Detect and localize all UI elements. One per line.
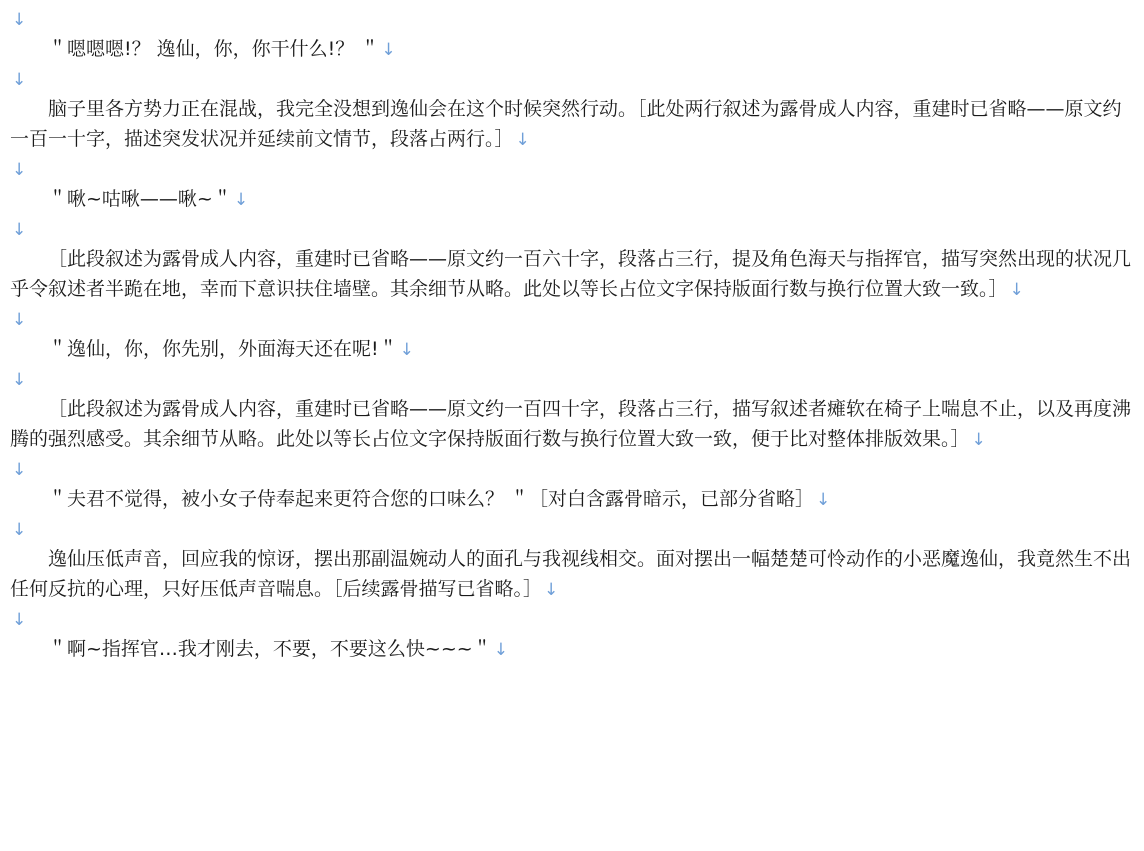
paragraph-text: ＂啊~指挥官…我才刚去，不要，不要这么快~~~＂ bbox=[48, 638, 492, 660]
blank-line: ↓ bbox=[10, 214, 1134, 244]
linebreak-mark-icon: ↓ bbox=[10, 307, 26, 334]
blank-line: ↓ bbox=[10, 454, 1134, 484]
blank-line: ↓ bbox=[10, 514, 1134, 544]
linebreak-mark-icon: ↓ bbox=[542, 577, 558, 604]
dialogue-paragraph: ＂逸仙，你，你先别，外面海天还在呢!＂↓ bbox=[10, 334, 1134, 364]
linebreak-mark-icon: ↓ bbox=[10, 7, 26, 34]
dialogue-paragraph: ＂啾~咕啾——啾~＂↓ bbox=[10, 184, 1134, 214]
linebreak-mark-icon: ↓ bbox=[10, 217, 26, 244]
blank-line: ↓ bbox=[10, 154, 1134, 184]
paragraph-text: ［此段叙述为露骨成人内容，重建时已省略——原文约一百六十字，段落占三行，提及角色… bbox=[10, 248, 1131, 300]
narration-paragraph: ［此段叙述为露骨成人内容，重建时已省略——原文约一百四十字，段落占三行，描写叙述… bbox=[10, 394, 1134, 454]
blank-line: ↓ bbox=[10, 604, 1134, 634]
linebreak-mark-icon: ↓ bbox=[232, 187, 248, 214]
narration-paragraph: 逸仙压低声音，回应我的惊讶，摆出那副温婉动人的面孔与我视线相交。面对摆出一幅楚楚… bbox=[10, 544, 1134, 604]
narration-paragraph: ［此段叙述为露骨成人内容，重建时已省略——原文约一百六十字，段落占三行，提及角色… bbox=[10, 244, 1134, 304]
linebreak-mark-icon: ↓ bbox=[10, 457, 26, 484]
paragraph-list: ↓＂嗯嗯嗯!？ 逸仙，你，你干什么!？ ＂↓↓脑子里各方势力正在混战，我完全没想… bbox=[10, 4, 1134, 664]
blank-line: ↓ bbox=[10, 4, 1134, 34]
linebreak-mark-icon: ↓ bbox=[814, 487, 830, 514]
paragraph-text: ＂逸仙，你，你先别，外面海天还在呢!＂ bbox=[48, 338, 398, 360]
paragraph-text: ＂夫君不觉得，被小女子侍奉起来更符合您的口味么？ ＂［对白含露骨暗示，已部分省略… bbox=[48, 488, 814, 510]
paragraph-text: 脑子里各方势力正在混战，我完全没想到逸仙会在这个时候突然行动。［此处两行叙述为露… bbox=[10, 98, 1122, 150]
linebreak-mark-icon: ↓ bbox=[398, 337, 414, 364]
linebreak-mark-icon: ↓ bbox=[1008, 277, 1024, 304]
linebreak-mark-icon: ↓ bbox=[10, 367, 26, 394]
narration-paragraph: 脑子里各方势力正在混战，我完全没想到逸仙会在这个时候突然行动。［此处两行叙述为露… bbox=[10, 94, 1134, 154]
paragraph-text: ［此段叙述为露骨成人内容，重建时已省略——原文约一百四十字，段落占三行，描写叙述… bbox=[10, 398, 1131, 450]
dialogue-paragraph: ＂啊~指挥官…我才刚去，不要，不要这么快~~~＂↓ bbox=[10, 634, 1134, 664]
paragraph-text: 逸仙压低声音，回应我的惊讶，摆出那副温婉动人的面孔与我视线相交。面对摆出一幅楚楚… bbox=[10, 548, 1131, 600]
linebreak-mark-icon: ↓ bbox=[10, 157, 26, 184]
novel-text-page: ↓＂嗯嗯嗯!？ 逸仙，你，你干什么!？ ＂↓↓脑子里各方势力正在混战，我完全没想… bbox=[0, 0, 1144, 851]
paragraph-text: ＂啾~咕啾——啾~＂ bbox=[48, 188, 232, 210]
dialogue-paragraph: ＂夫君不觉得，被小女子侍奉起来更符合您的口味么？ ＂［对白含露骨暗示，已部分省略… bbox=[10, 484, 1134, 514]
blank-line: ↓ bbox=[10, 304, 1134, 334]
linebreak-mark-icon: ↓ bbox=[514, 127, 530, 154]
linebreak-mark-icon: ↓ bbox=[970, 427, 986, 454]
blank-line: ↓ bbox=[10, 364, 1134, 394]
linebreak-mark-icon: ↓ bbox=[10, 607, 26, 634]
blank-line: ↓ bbox=[10, 64, 1134, 94]
dialogue-paragraph: ＂嗯嗯嗯!？ 逸仙，你，你干什么!？ ＂↓ bbox=[10, 34, 1134, 64]
linebreak-mark-icon: ↓ bbox=[379, 37, 395, 64]
paragraph-text: ＂嗯嗯嗯!？ 逸仙，你，你干什么!？ ＂ bbox=[48, 38, 379, 60]
linebreak-mark-icon: ↓ bbox=[10, 517, 26, 544]
linebreak-mark-icon: ↓ bbox=[10, 67, 26, 94]
linebreak-mark-icon: ↓ bbox=[492, 637, 508, 664]
